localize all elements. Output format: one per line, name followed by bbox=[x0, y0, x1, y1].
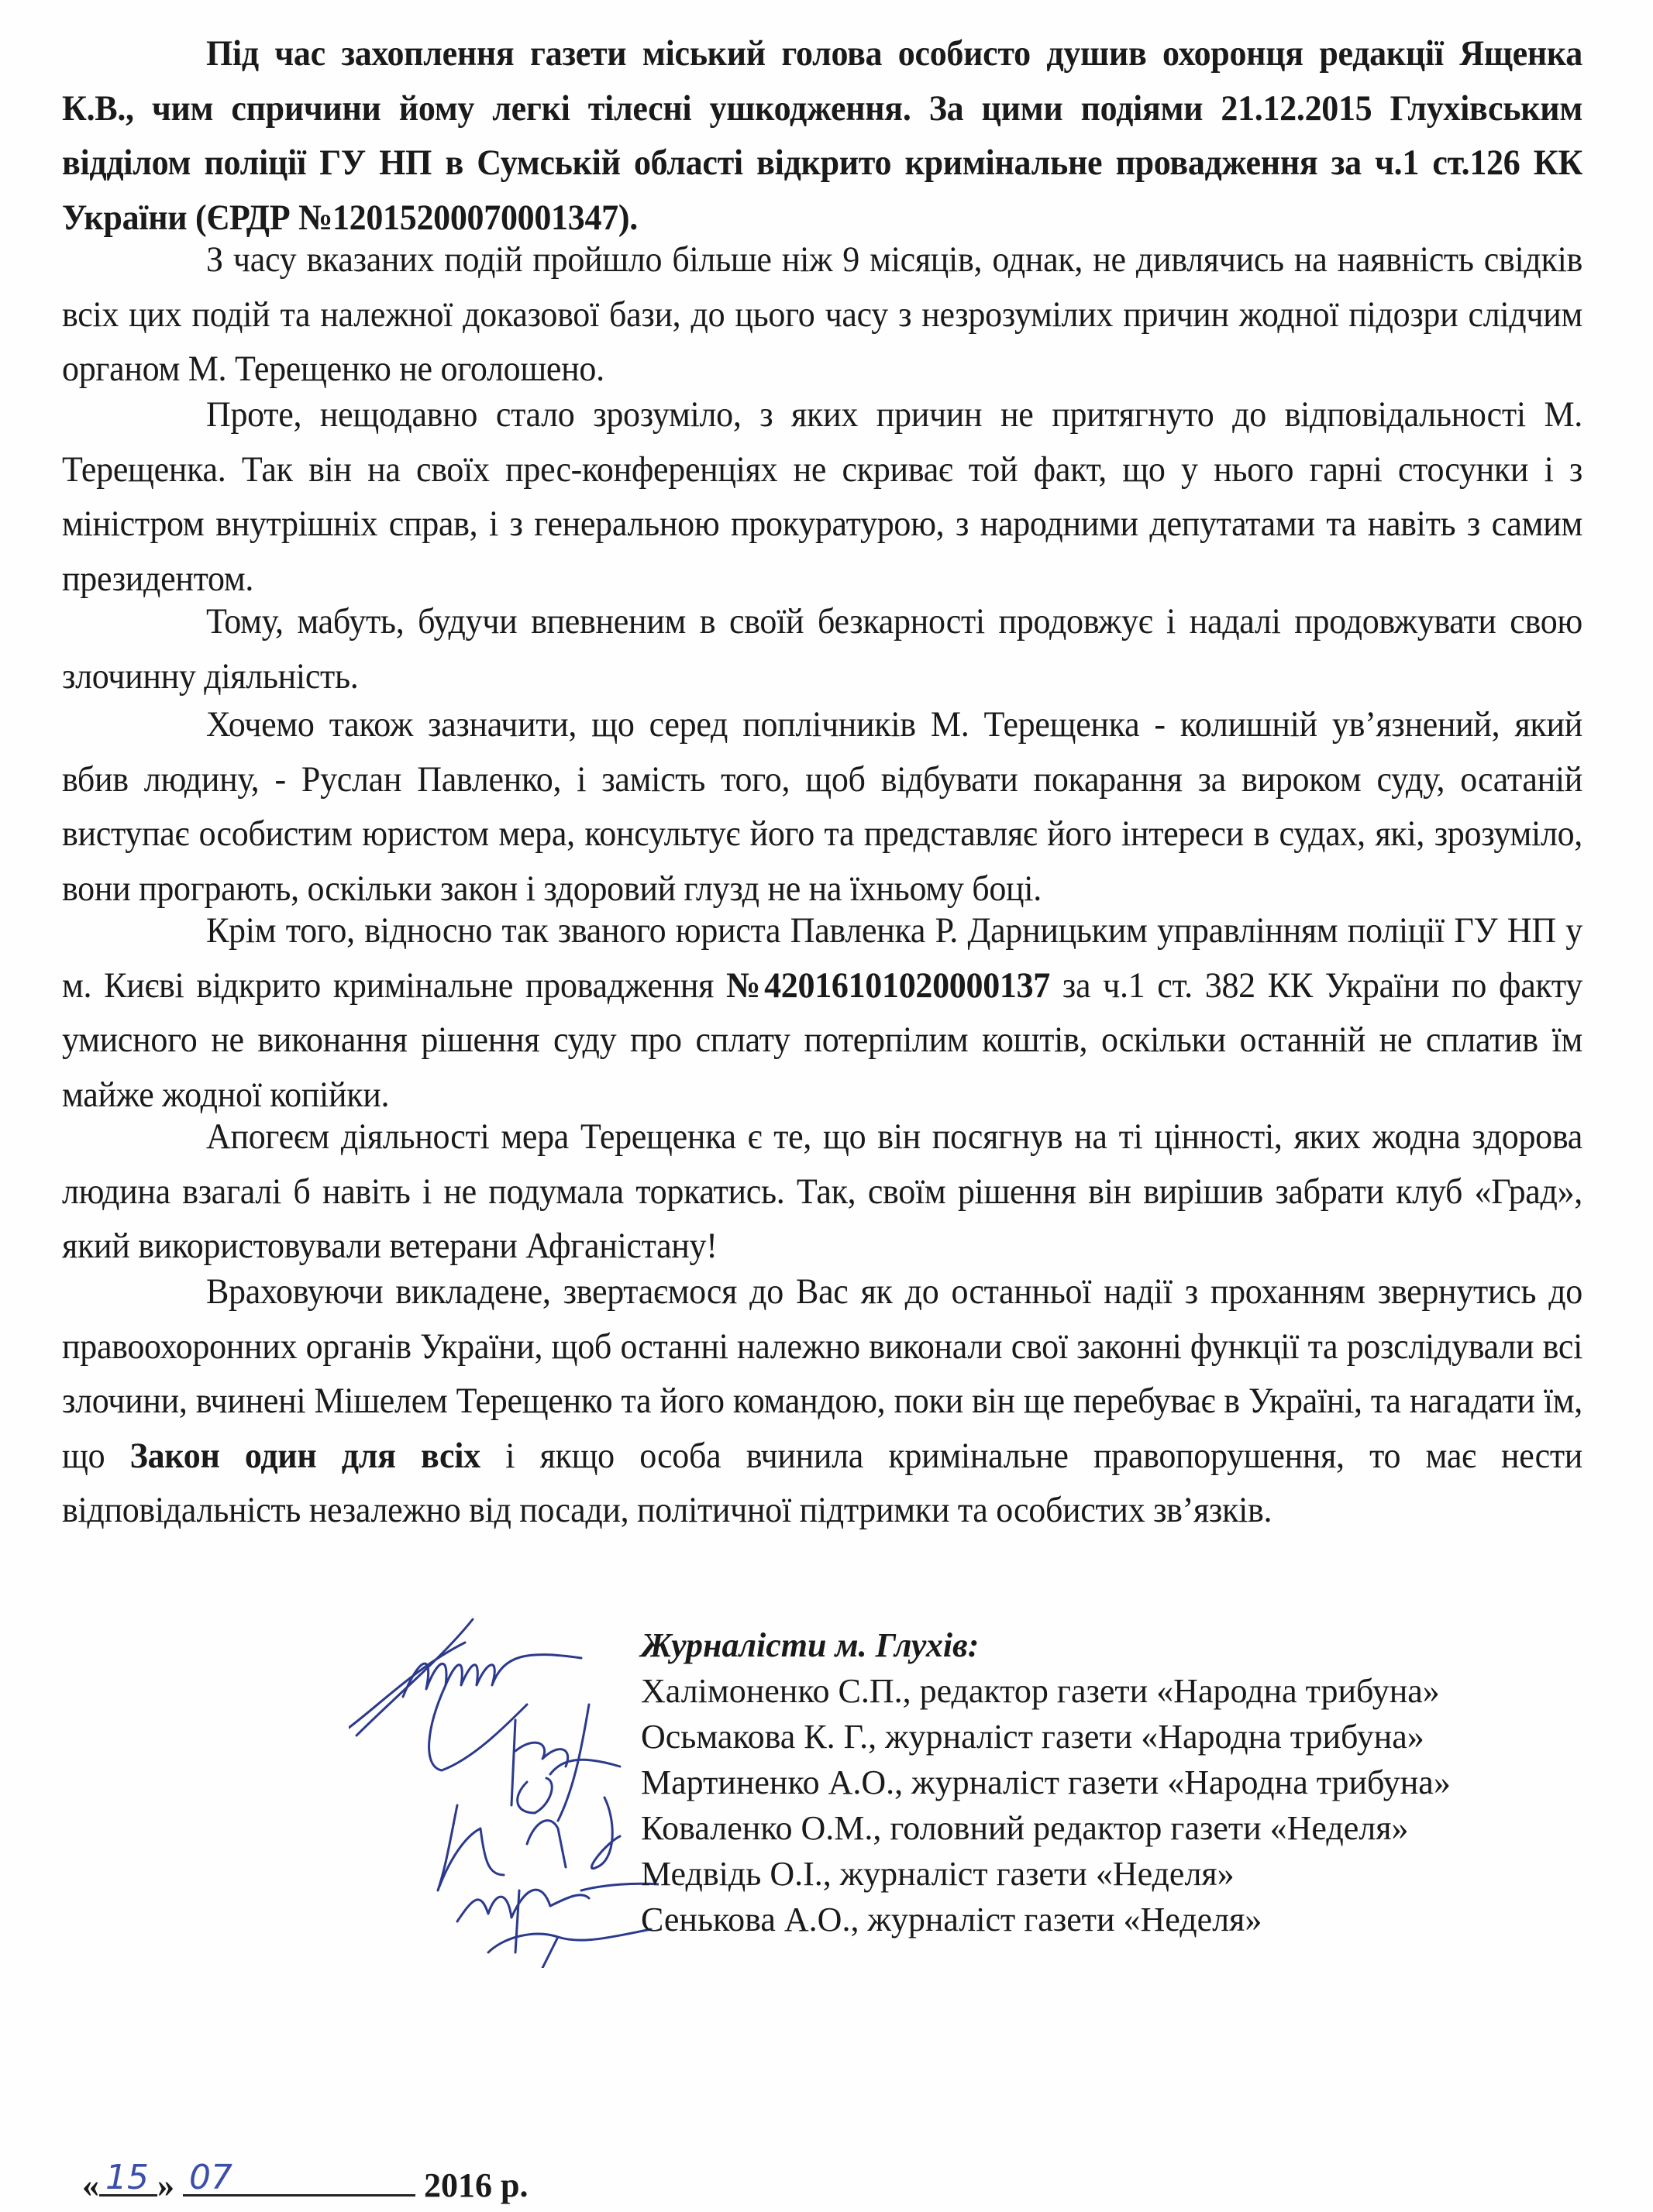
date-year: 2016 р. bbox=[424, 2166, 528, 2204]
emphasis-law-for-all: Закон один для всіх bbox=[130, 1435, 480, 1475]
paragraph-4: Тому, мабуть, будучи впевненим в своїй б… bbox=[62, 594, 1582, 704]
date-day-field: 15 bbox=[99, 2166, 157, 2197]
signatory-6: Сенькова А.О., журналіст газети «Неделя» bbox=[641, 1897, 1451, 1942]
paragraph-text: Тому, мабуть, будучи впевненим в своїй б… bbox=[62, 600, 1582, 696]
paragraph-2: З часу вказаних подій пройшло більше ніж… bbox=[62, 232, 1582, 397]
paragraph-text: З часу вказаних подій пройшло більше ніж… bbox=[62, 239, 1582, 389]
signatories-block: Журналісти м. Глухів: Халімоненко С.П., … bbox=[641, 1622, 1451, 1942]
paragraph-6: Крім того, відносно так званого юриста П… bbox=[62, 903, 1582, 1122]
paragraph-8: Враховуючи викладене, звертаємося до Вас… bbox=[62, 1264, 1582, 1538]
signatory-4: Коваленко О.М., головний редактор газети… bbox=[641, 1805, 1451, 1851]
signatory-5: Медвідь О.І., журналіст газети «Неделя» bbox=[641, 1851, 1451, 1897]
signatories-heading: Журналісти м. Глухів: bbox=[641, 1622, 1451, 1668]
paragraph-text: Проте, нещодавно стало зрозуміло, з яких… bbox=[62, 394, 1582, 599]
paragraph-5: Хочемо також зазначити, що серед поплічн… bbox=[62, 697, 1582, 916]
date-close-quote: » bbox=[157, 2166, 174, 2204]
signatory-2: Осьмакова К. Г., журналіст газети «Народ… bbox=[641, 1714, 1451, 1760]
paragraph-1: Під час захоплення газети міський голова… bbox=[62, 26, 1582, 245]
date-open-quote: « bbox=[82, 2166, 99, 2204]
paragraph-7: Апогеєм діяльності мера Терещенка є те, … bbox=[62, 1109, 1582, 1274]
paragraph-text: Під час захоплення газети міський голова… bbox=[62, 33, 1582, 237]
paragraph-text: Апогеєм діяльності мера Терещенка є те, … bbox=[62, 1116, 1582, 1266]
date-month-handwritten: 07 bbox=[189, 2158, 232, 2197]
signatory-1: Халімоненко С.П., редактор газети «Народ… bbox=[641, 1668, 1451, 1714]
document-page: Під час захоплення газети міський голова… bbox=[0, 0, 1653, 2212]
letter-body: Під час захоплення газети міський голова… bbox=[62, 26, 1582, 1522]
date-day-handwritten: 15 bbox=[105, 2158, 149, 2197]
case-number: №42016101020000137 bbox=[726, 965, 1050, 1005]
date-month-field: 07 bbox=[183, 2166, 415, 2197]
paragraph-text: Хочемо також зазначити, що серед поплічн… bbox=[62, 704, 1582, 908]
signatory-3: Мартиненко А.О., журналіст газети «Народ… bbox=[641, 1760, 1451, 1805]
date-line: «15» 07 2016 р. bbox=[82, 2166, 528, 2205]
handwritten-signatures-icon bbox=[349, 1612, 659, 1968]
paragraph-3: Проте, нещодавно стало зрозуміло, з яких… bbox=[62, 387, 1582, 606]
